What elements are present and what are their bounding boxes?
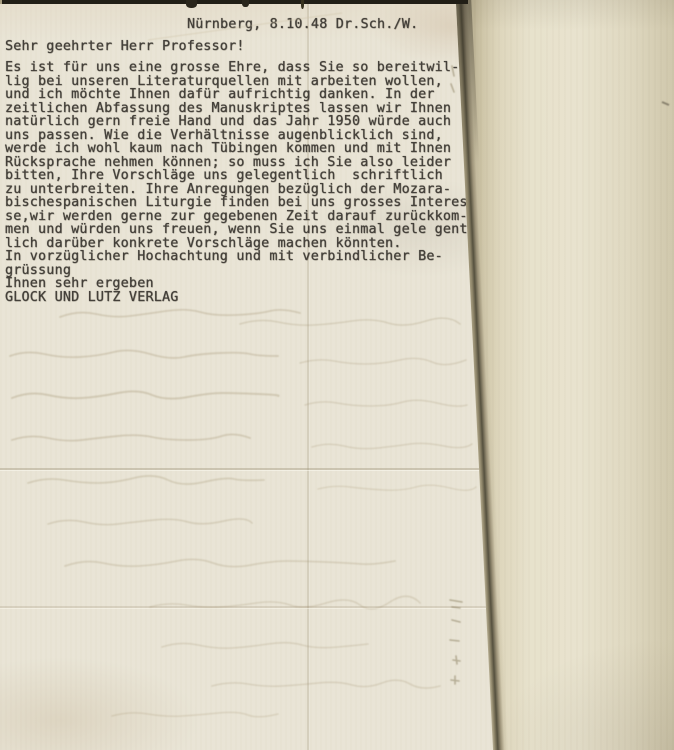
salutation: Sehr geehrter Herr Professor! [5,40,245,54]
dateline: Nürnberg, 8.10.48 Dr.Sch./W. [187,18,418,32]
horizontal-fold-crease [0,606,490,608]
scan-dark-top-edge [2,0,468,4]
letter-page: Nürnberg, 8.10.48 Dr.Sch./W. Sehr geehrt… [0,4,500,750]
letter-body: Es ist für uns eine grosse Ehre, dass Si… [5,61,476,277]
horizontal-fold-crease [0,468,490,470]
ink-speck [662,102,669,105]
signature-block: Ihnen sehr ergeben GLOCK UND LUTZ VERLAG [5,277,179,304]
letter-scan: Nürnberg, 8.10.48 Dr.Sch./W. Sehr geehrt… [0,0,674,750]
